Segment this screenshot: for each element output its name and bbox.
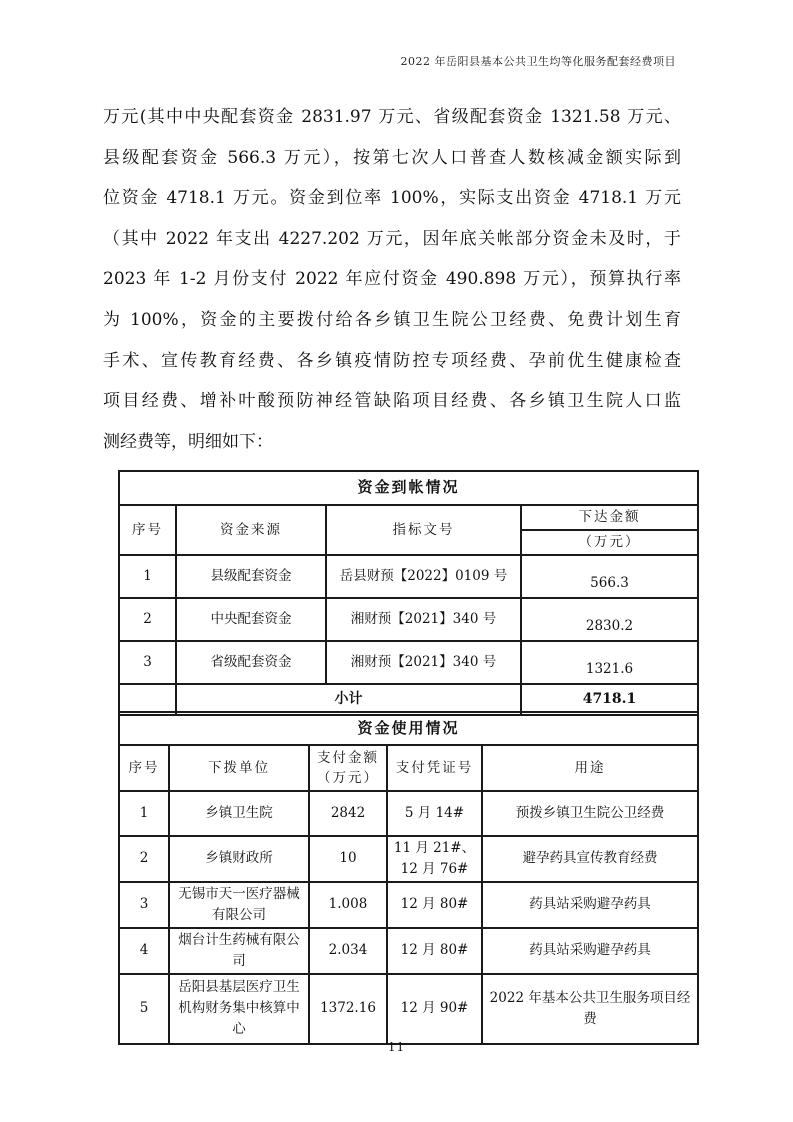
table-row: 2 中央配套资金 湘财预【2021】340 号 2830.2 [119, 598, 698, 641]
col-header-amount-line2: （万元） [313, 768, 383, 788]
cell-unit: 烟台计生药械有限公司 [169, 928, 309, 974]
cell-voucher: 12 月 90# [387, 974, 482, 1044]
cell-purpose: 药具站采购避孕药具 [482, 882, 698, 928]
table-row: 2 乡镇财政所 10 11 月 21#、12 月 76# 避孕药具宣传教育经费 [119, 836, 698, 882]
cell-source: 县级配套资金 [176, 555, 326, 598]
cell-amount: 1.008 [309, 882, 387, 928]
paragraph-line: 测经费等，明细如下： [103, 422, 681, 463]
cell-voucher: 5 月 14# [387, 791, 482, 836]
paragraph-line: 2023 年 1-2 月份支付 2022 年应付资金 490.898 万元），预… [103, 259, 681, 300]
cell-voucher: 12 月 80# [387, 882, 482, 928]
cell-seq: 1 [119, 791, 169, 836]
cell-doc-no: 湘财预【2021】340 号 [326, 641, 521, 684]
col-header-amount: 下达金额 [521, 505, 698, 530]
cell-doc-no: 岳县财预【2022】0109 号 [326, 555, 521, 598]
col-header-purpose: 用途 [482, 745, 698, 791]
cell-unit: 无锡市天一医疗器械有限公司 [169, 882, 309, 928]
page-number: 11 [0, 1040, 793, 1054]
funds-received-table: 资金到帐情况 序号 资金来源 指标文号 下达金额 （万元） 1 县级配套资金 岳… [118, 470, 699, 716]
cell-seq: 1 [119, 555, 176, 598]
cell-seq: 5 [119, 974, 169, 1044]
cell-purpose: 避孕药具宣传教育经费 [482, 836, 698, 882]
cell-unit: 乡镇财政所 [169, 836, 309, 882]
funds-usage-table: 资金使用情况 序号 下拨单位 支付金额 （万元） 支付凭证号 用途 1 乡镇卫生… [118, 711, 699, 1045]
col-header-doc-no: 指标文号 [326, 505, 521, 555]
cell-seq: 2 [119, 598, 176, 641]
table-header-row: 序号 资金来源 指标文号 下达金额 [119, 505, 698, 530]
cell-amount: 2.034 [309, 928, 387, 974]
cell-seq: 3 [119, 882, 169, 928]
table-row: 3 省级配套资金 湘财预【2021】340 号 1321.6 [119, 641, 698, 684]
col-header-amount-line1: 支付金额 [313, 748, 383, 768]
table-row: 5 岳阳县基层医疗卫生机构财务集中核算中心 1372.16 12 月 90# 2… [119, 974, 698, 1044]
col-header-voucher: 支付凭证号 [387, 745, 482, 791]
cell-seq: 3 [119, 641, 176, 684]
col-header-seq: 序号 [119, 505, 176, 555]
cell-seq: 4 [119, 928, 169, 974]
cell-seq: 2 [119, 836, 169, 882]
cell-source: 省级配套资金 [176, 641, 326, 684]
body-paragraph: 万元(其中中央配套资金 2831.97 万元、省级配套资金 1321.58 万元… [103, 97, 681, 462]
col-header-amount: 支付金额 （万元） [309, 745, 387, 791]
paragraph-line: 位资金 4718.1 万元。资金到位率 100%，实际支出资金 4718.1 万… [103, 178, 681, 219]
running-header: 2022 年岳阳县基本公共卫生均等化服务配套经费项目 [401, 53, 677, 69]
cell-unit: 乡镇卫生院 [169, 791, 309, 836]
cell-purpose: 2022 年基本公共卫生服务项目经费 [482, 974, 698, 1044]
paragraph-line: 万元(其中中央配套资金 2831.97 万元、省级配套资金 1321.58 万元… [103, 97, 681, 138]
table-row: 3 无锡市天一医疗器械有限公司 1.008 12 月 80# 药具站采购避孕药具 [119, 882, 698, 928]
table-header-row: 序号 下拨单位 支付金额 （万元） 支付凭证号 用途 [119, 745, 698, 791]
table-row: 4 烟台计生药械有限公司 2.034 12 月 80# 药具站采购避孕药具 [119, 928, 698, 974]
cell-amount: 2830.2 [521, 598, 698, 641]
paragraph-line: 手术、宣传教育经费、各乡镇疫情防控专项经费、孕前优生健康检查 [103, 341, 681, 382]
cell-amount: 1372.16 [309, 974, 387, 1044]
table-row: 1 县级配套资金 岳县财预【2022】0109 号 566.3 [119, 555, 698, 598]
document-page: 2022 年岳阳县基本公共卫生均等化服务配套经费项目 万元(其中中央配套资金 2… [0, 0, 793, 1122]
cell-doc-no: 湘财预【2021】340 号 [326, 598, 521, 641]
paragraph-line: 项目经费、增补叶酸预防神经管缺陷项目经费、各乡镇卫生院人口监 [103, 381, 681, 422]
cell-voucher: 12 月 80# [387, 928, 482, 974]
col-header-unit: 下拨单位 [169, 745, 309, 791]
paragraph-line: 县级配套资金 566.3 万元），按第七次人口普查人数核减金额实际到 [103, 138, 681, 179]
cell-amount: 1321.6 [521, 641, 698, 684]
col-header-seq: 序号 [119, 745, 169, 791]
table-row: 1 乡镇卫生院 2842 5 月 14# 预拨乡镇卫生院公卫经费 [119, 791, 698, 836]
cell-voucher: 11 月 21#、12 月 76# [387, 836, 482, 882]
table-title-row: 资金到帐情况 [119, 471, 698, 505]
table-title-row: 资金使用情况 [119, 712, 698, 745]
funds-usage-title: 资金使用情况 [119, 712, 698, 745]
cell-amount: 2842 [309, 791, 387, 836]
cell-purpose: 药具站采购避孕药具 [482, 928, 698, 974]
cell-amount: 566.3 [521, 555, 698, 598]
paragraph-line: （其中 2022 年支出 4227.202 万元，因年底关帐部分资金未及时，于 [103, 219, 681, 260]
col-header-amount-unit: （万元） [521, 530, 698, 555]
col-header-source: 资金来源 [176, 505, 326, 555]
cell-amount: 10 [309, 836, 387, 882]
cell-unit: 岳阳县基层医疗卫生机构财务集中核算中心 [169, 974, 309, 1044]
paragraph-line: 为 100%，资金的主要拨付给各乡镇卫生院公卫经费、免费计划生育 [103, 300, 681, 341]
cell-purpose: 预拨乡镇卫生院公卫经费 [482, 791, 698, 836]
cell-source: 中央配套资金 [176, 598, 326, 641]
funds-received-title: 资金到帐情况 [119, 471, 698, 505]
